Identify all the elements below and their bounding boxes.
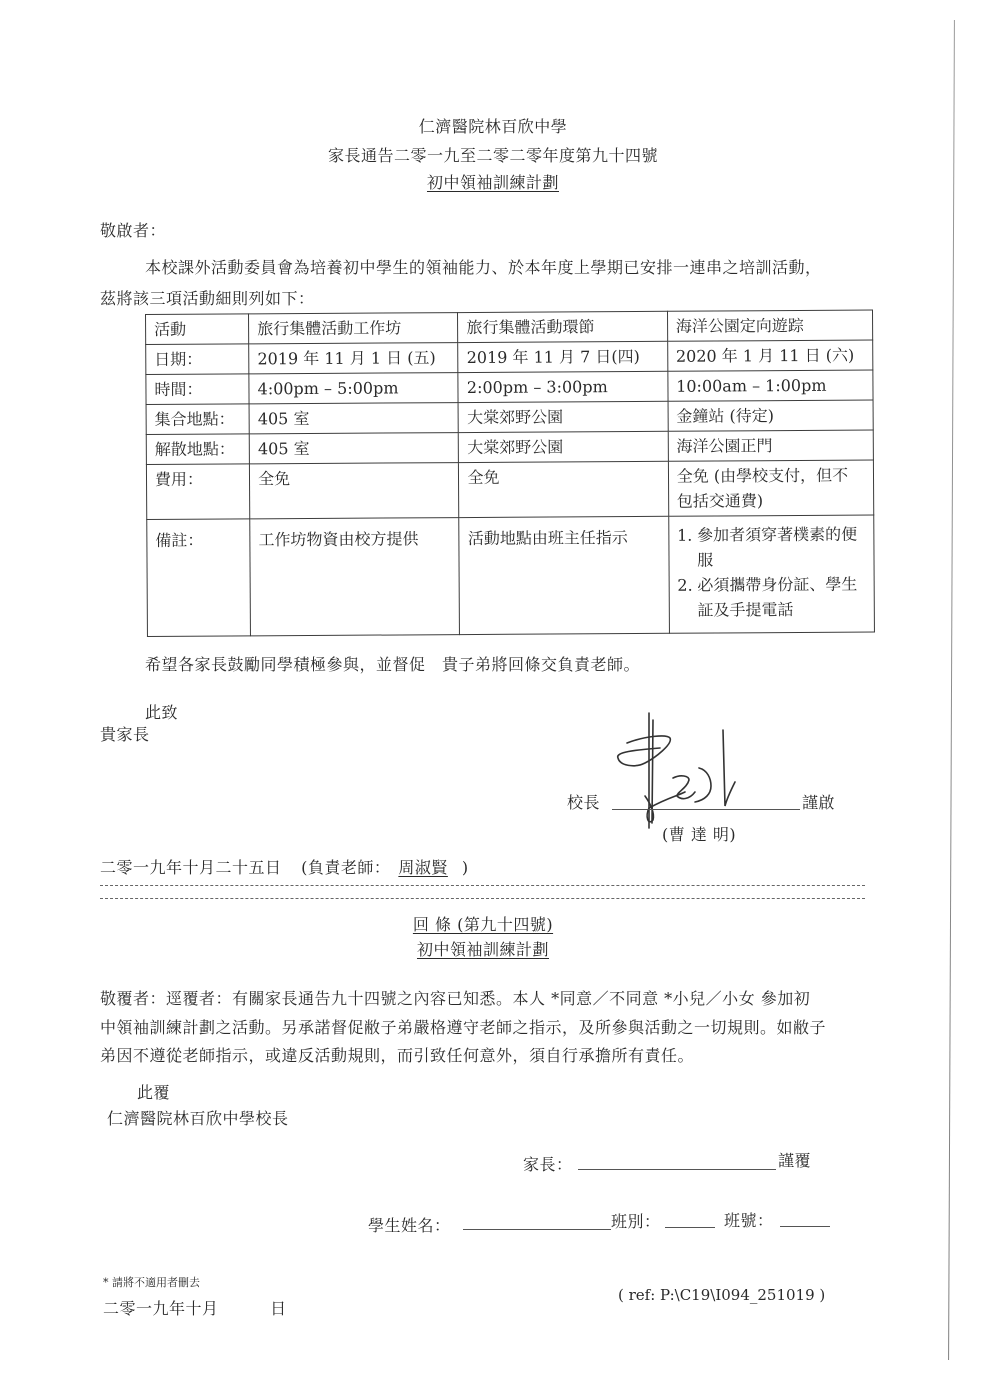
reply-body-line-1: 敬覆者：逕覆者：有關家長通告九十四號之內容已知悉。本人 *同意／不同意 *小兒／…: [100, 986, 810, 1009]
reply-body-line-2: 中領袖訓練計劃之活動。另承諾督促敝子弟嚴格遵守老師之指示，及所參與活動之一切規則…: [100, 1015, 826, 1038]
table-cell: 2020 年 1 月 11 日 (六): [667, 340, 872, 371]
teacher-name: 周淑賢: [390, 858, 462, 877]
reply-recipient: 仁濟醫院林百欣中學校長: [107, 1106, 289, 1129]
table-row-meeting-place: 集合地點： 405 室 大棠郊野公園 金鐘站 (待定): [146, 400, 873, 434]
reply-slip-title: 回 條 (第九十四號): [0, 912, 966, 935]
table-row-time: 時間： 4:00pm – 5:00pm 2:00pm – 3:00pm 10:0…: [146, 370, 873, 404]
principal-signature-line: [612, 809, 800, 810]
teacher-prefix: (負責老師：: [301, 858, 390, 877]
header-cell: 活動: [146, 314, 249, 345]
teacher-suffix: ): [462, 858, 469, 877]
row-label: 時間：: [146, 374, 249, 405]
principal-signature: [615, 708, 785, 838]
header-cell: 旅行集體活動工作坊: [249, 313, 458, 344]
recipient: 貴家長: [100, 722, 150, 745]
row-label: 費用：: [146, 464, 249, 520]
table-cell: 2:00pm – 3:00pm: [458, 371, 667, 402]
reply-slip-title-text: 回 條 (第九十四號): [413, 915, 553, 934]
table-cell: 大棠郊野公園: [459, 431, 668, 462]
parent-suffix: 謹覆: [778, 1148, 811, 1171]
table-cell: 405 室: [249, 403, 458, 434]
parent-label: 家長：: [523, 1152, 573, 1175]
cut-line: [100, 898, 865, 899]
cut-line: [100, 885, 865, 886]
class-number-label: 班號：: [724, 1208, 774, 1231]
student-name-field[interactable]: [463, 1229, 611, 1230]
principal-suffix: 謹啟: [802, 790, 835, 813]
class-number-field[interactable]: [780, 1226, 830, 1227]
list-item: 2. 必須攜帶身份証、學生証及手提電話: [677, 572, 864, 623]
table-row-remarks: 備註： 工作坊物資由校方提供 活動地點由班主任指示 1. 參加者須穿著樸素的便服…: [147, 515, 875, 636]
row-label: 備註：: [147, 519, 251, 637]
header-cell: 海洋公園定向遊踪: [667, 310, 872, 341]
list-text: 參加者須穿著樸素的便服: [697, 522, 864, 573]
reply-closing-phrase: 此覆: [137, 1080, 170, 1103]
footnote: * 請將不適用者刪去: [103, 1274, 200, 1290]
table-cell: 金鐘站 (待定): [668, 400, 873, 431]
table-cell: 全免 (由學校支付，但不包括交通費): [668, 460, 874, 516]
page-title: 初中領袖訓練計劃: [0, 170, 986, 193]
principal-name: (曹 達 明): [662, 822, 736, 845]
scan-page-edge: [948, 20, 955, 1360]
table-cell: 4:00pm – 5:00pm: [249, 373, 458, 404]
table-row-date: 日期： 2019 年 11 月 1 日 (五) 2019 年 11 月 7 日(…: [146, 340, 873, 374]
notice-date: 二零一九年十月二十五日: [100, 858, 282, 877]
table-cell: 405 室: [249, 433, 458, 464]
list-number: 1.: [677, 523, 697, 573]
reply-date-prefix: 二零一九年十月: [103, 1299, 219, 1318]
reply-date-line: 二零一九年十月 日: [103, 1296, 287, 1319]
row-label: 集合地點：: [146, 404, 249, 435]
school-name: 仁濟醫院林百欣中學: [0, 114, 986, 137]
row-label: 日期：: [146, 344, 249, 375]
table-cell: 活動地點由班主任指示: [459, 516, 669, 634]
list-text: 必須攜帶身份証、學生証及手提電話: [697, 572, 864, 623]
list-number: 2.: [677, 573, 697, 623]
table-cell: 工作坊物資由校方提供: [250, 518, 460, 636]
notice-number: 家長通告二零一九至二零二零年度第九十四號: [0, 143, 986, 166]
page-title-text: 初中領袖訓練計劃: [427, 173, 559, 192]
closing-request: 希望各家長鼓勵同學積極參與，並督促 貴子弟將回條交負責老師。: [145, 652, 640, 675]
reply-body-line-3: 弟因不遵從老師指示，或違反活動規則，而引致任何意外，須自行承擔所有責任。: [100, 1043, 694, 1066]
table-cell: 海洋公園正門: [668, 430, 873, 461]
list-item: 1. 參加者須穿著樸素的便服: [677, 522, 864, 573]
table-row-dismissal-place: 解散地點： 405 室 大棠郊野公園 海洋公園正門: [146, 430, 873, 464]
table-cell-remarks-list: 1. 參加者須穿著樸素的便服 2. 必須攜帶身份証、學生証及手提電話: [668, 515, 874, 633]
remarks-list: 1. 參加者須穿著樸素的便服 2. 必須攜帶身份証、學生証及手提電話: [677, 522, 864, 623]
table-cell: 2019 年 11 月 1 日 (五): [249, 343, 458, 374]
header-cell: 旅行集體活動環節: [458, 311, 667, 342]
intro-line-2: 茲將該三項活動細則列如下：: [100, 286, 315, 309]
class-label: 班別：: [611, 1209, 661, 1232]
principal-label: 校長: [567, 790, 600, 813]
reply-slip-subtitle: 初中領袖訓練計劃: [0, 937, 966, 960]
table-cell: 全免: [459, 461, 669, 517]
table-row-fee: 費用： 全免 全免 全免 (由學校支付，但不包括交通費): [146, 460, 873, 519]
reply-date-suffix: 日: [270, 1299, 287, 1318]
closing-phrase: 此致: [145, 700, 178, 723]
table-header-row: 活動 旅行集體活動工作坊 旅行集體活動環節 海洋公園定向遊踪: [146, 310, 873, 344]
student-name-label: 學生姓名：: [368, 1213, 451, 1236]
intro-line-1: 本校課外活動委員會為培養初中學生的領袖能力、於本年度上學期已安排一連串之培訓活動…: [145, 255, 822, 278]
table-cell: 2019 年 11 月 7 日(四): [458, 341, 667, 372]
activity-table: 活動 旅行集體活動工作坊 旅行集體活動環節 海洋公園定向遊踪 日期： 2019 …: [145, 310, 875, 637]
reply-slip-subtitle-text: 初中領袖訓練計劃: [417, 940, 549, 959]
notice-date-line: 二零一九年十月二十五日 (負責老師：周淑賢): [100, 855, 469, 878]
parent-signature-field[interactable]: [578, 1169, 776, 1170]
row-label: 解散地點：: [146, 434, 249, 465]
table-cell: 10:00am – 1:00pm: [668, 370, 873, 401]
class-field[interactable]: [665, 1227, 715, 1228]
salutation: 敬啟者：: [100, 218, 166, 241]
table-cell: 全免: [250, 463, 460, 519]
table-cell: 大棠郊野公園: [458, 401, 667, 432]
reference-code: ( ref: P:\C19\I094_251019 ): [618, 1286, 825, 1304]
